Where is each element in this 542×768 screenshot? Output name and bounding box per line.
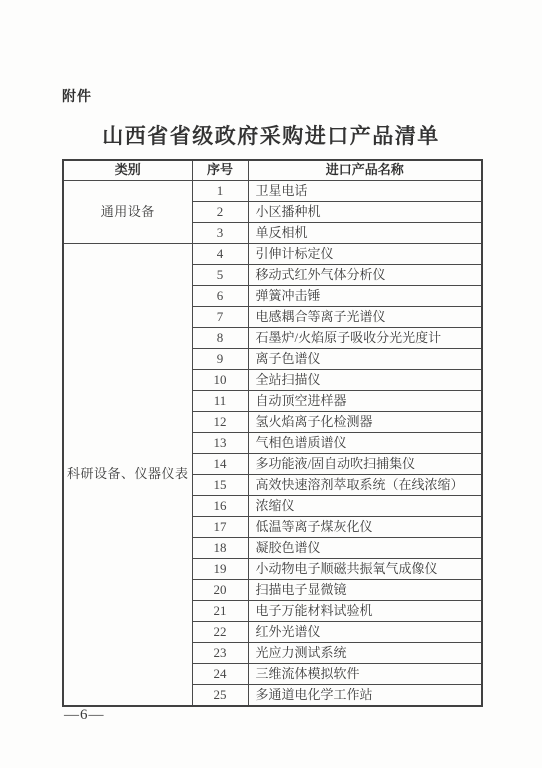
product-name-cell: 凝胶色谱仪 bbox=[248, 538, 482, 559]
row-number-cell: 7 bbox=[192, 307, 248, 328]
row-number-cell: 5 bbox=[192, 265, 248, 286]
row-number-cell: 18 bbox=[192, 538, 248, 559]
row-number-cell: 22 bbox=[192, 622, 248, 643]
row-number-cell: 23 bbox=[192, 643, 248, 664]
attachment-label: 附件 bbox=[62, 86, 92, 106]
product-name-cell: 电子万能材料试验机 bbox=[248, 601, 482, 622]
row-number-cell: 14 bbox=[192, 454, 248, 475]
table-body: 通用设备1卫星电话2小区播种机3单反相机科研设备、仪器仪表4引伸计标定仪5移动式… bbox=[63, 181, 482, 707]
row-number-cell: 15 bbox=[192, 475, 248, 496]
product-name-cell: 移动式红外气体分析仪 bbox=[248, 265, 482, 286]
category-cell: 科研设备、仪器仪表 bbox=[63, 244, 192, 707]
row-number-cell: 12 bbox=[192, 412, 248, 433]
product-name-cell: 光应力测试系统 bbox=[248, 643, 482, 664]
product-name-cell: 弹簧冲击锤 bbox=[248, 286, 482, 307]
row-number-cell: 11 bbox=[192, 391, 248, 412]
table-row: 通用设备1卫星电话 bbox=[63, 181, 482, 202]
product-name-cell: 单反相机 bbox=[248, 223, 482, 244]
row-number-cell: 20 bbox=[192, 580, 248, 601]
row-number-cell: 3 bbox=[192, 223, 248, 244]
row-number-cell: 2 bbox=[192, 202, 248, 223]
row-number-cell: 6 bbox=[192, 286, 248, 307]
product-name-cell: 三维流体模拟软件 bbox=[248, 664, 482, 685]
category-cell: 通用设备 bbox=[63, 181, 192, 244]
product-name-cell: 浓缩仪 bbox=[248, 496, 482, 517]
product-name-cell: 引伸计标定仪 bbox=[248, 244, 482, 265]
product-name-cell: 多功能液/固自动吹扫捕集仪 bbox=[248, 454, 482, 475]
row-number-cell: 21 bbox=[192, 601, 248, 622]
row-number-cell: 24 bbox=[192, 664, 248, 685]
product-name-cell: 气相色谱质谱仪 bbox=[248, 433, 482, 454]
product-name-cell: 红外光谱仪 bbox=[248, 622, 482, 643]
product-name-cell: 石墨炉/火焰原子吸收分光光度计 bbox=[248, 328, 482, 349]
product-name-cell: 电感耦合等离子光谱仪 bbox=[248, 307, 482, 328]
product-name-cell: 低温等离子煤灰化仪 bbox=[248, 517, 482, 538]
row-number-cell: 9 bbox=[192, 349, 248, 370]
product-name-cell: 多通道电化学工作站 bbox=[248, 685, 482, 707]
column-header-category: 类别 bbox=[63, 160, 192, 181]
product-name-cell: 自动顶空进样器 bbox=[248, 391, 482, 412]
row-number-cell: 8 bbox=[192, 328, 248, 349]
product-name-cell: 扫描电子显微镜 bbox=[248, 580, 482, 601]
row-number-cell: 10 bbox=[192, 370, 248, 391]
product-name-cell: 高效快速溶剂萃取系统（在线浓缩） bbox=[248, 475, 482, 496]
row-number-cell: 4 bbox=[192, 244, 248, 265]
product-name-cell: 小区播种机 bbox=[248, 202, 482, 223]
row-number-cell: 16 bbox=[192, 496, 248, 517]
page-number: —6— bbox=[64, 707, 105, 724]
table-header: 类别 序号 进口产品名称 bbox=[63, 160, 482, 181]
table-row: 科研设备、仪器仪表4引伸计标定仪 bbox=[63, 244, 482, 265]
row-number-cell: 1 bbox=[192, 181, 248, 202]
row-number-cell: 25 bbox=[192, 685, 248, 707]
row-number-cell: 19 bbox=[192, 559, 248, 580]
row-number-cell: 17 bbox=[192, 517, 248, 538]
product-name-cell: 离子色谱仪 bbox=[248, 349, 482, 370]
product-name-cell: 氢火焰离子化检测器 bbox=[248, 412, 482, 433]
product-name-cell: 全站扫描仪 bbox=[248, 370, 482, 391]
product-name-cell: 小动物电子顺磁共振氧气成像仪 bbox=[248, 559, 482, 580]
column-header-product-name: 进口产品名称 bbox=[248, 160, 482, 181]
document-page: 附件 山西省省级政府采购进口产品清单 类别 序号 进口产品名称 通用设备1卫星电… bbox=[0, 0, 542, 768]
product-name-cell: 卫星电话 bbox=[248, 181, 482, 202]
import-product-table: 类别 序号 进口产品名称 通用设备1卫星电话2小区播种机3单反相机科研设备、仪器… bbox=[62, 159, 483, 707]
row-number-cell: 13 bbox=[192, 433, 248, 454]
table-header-row: 类别 序号 进口产品名称 bbox=[63, 160, 482, 181]
page-title: 山西省省级政府采购进口产品清单 bbox=[0, 120, 542, 150]
column-header-number: 序号 bbox=[192, 160, 248, 181]
